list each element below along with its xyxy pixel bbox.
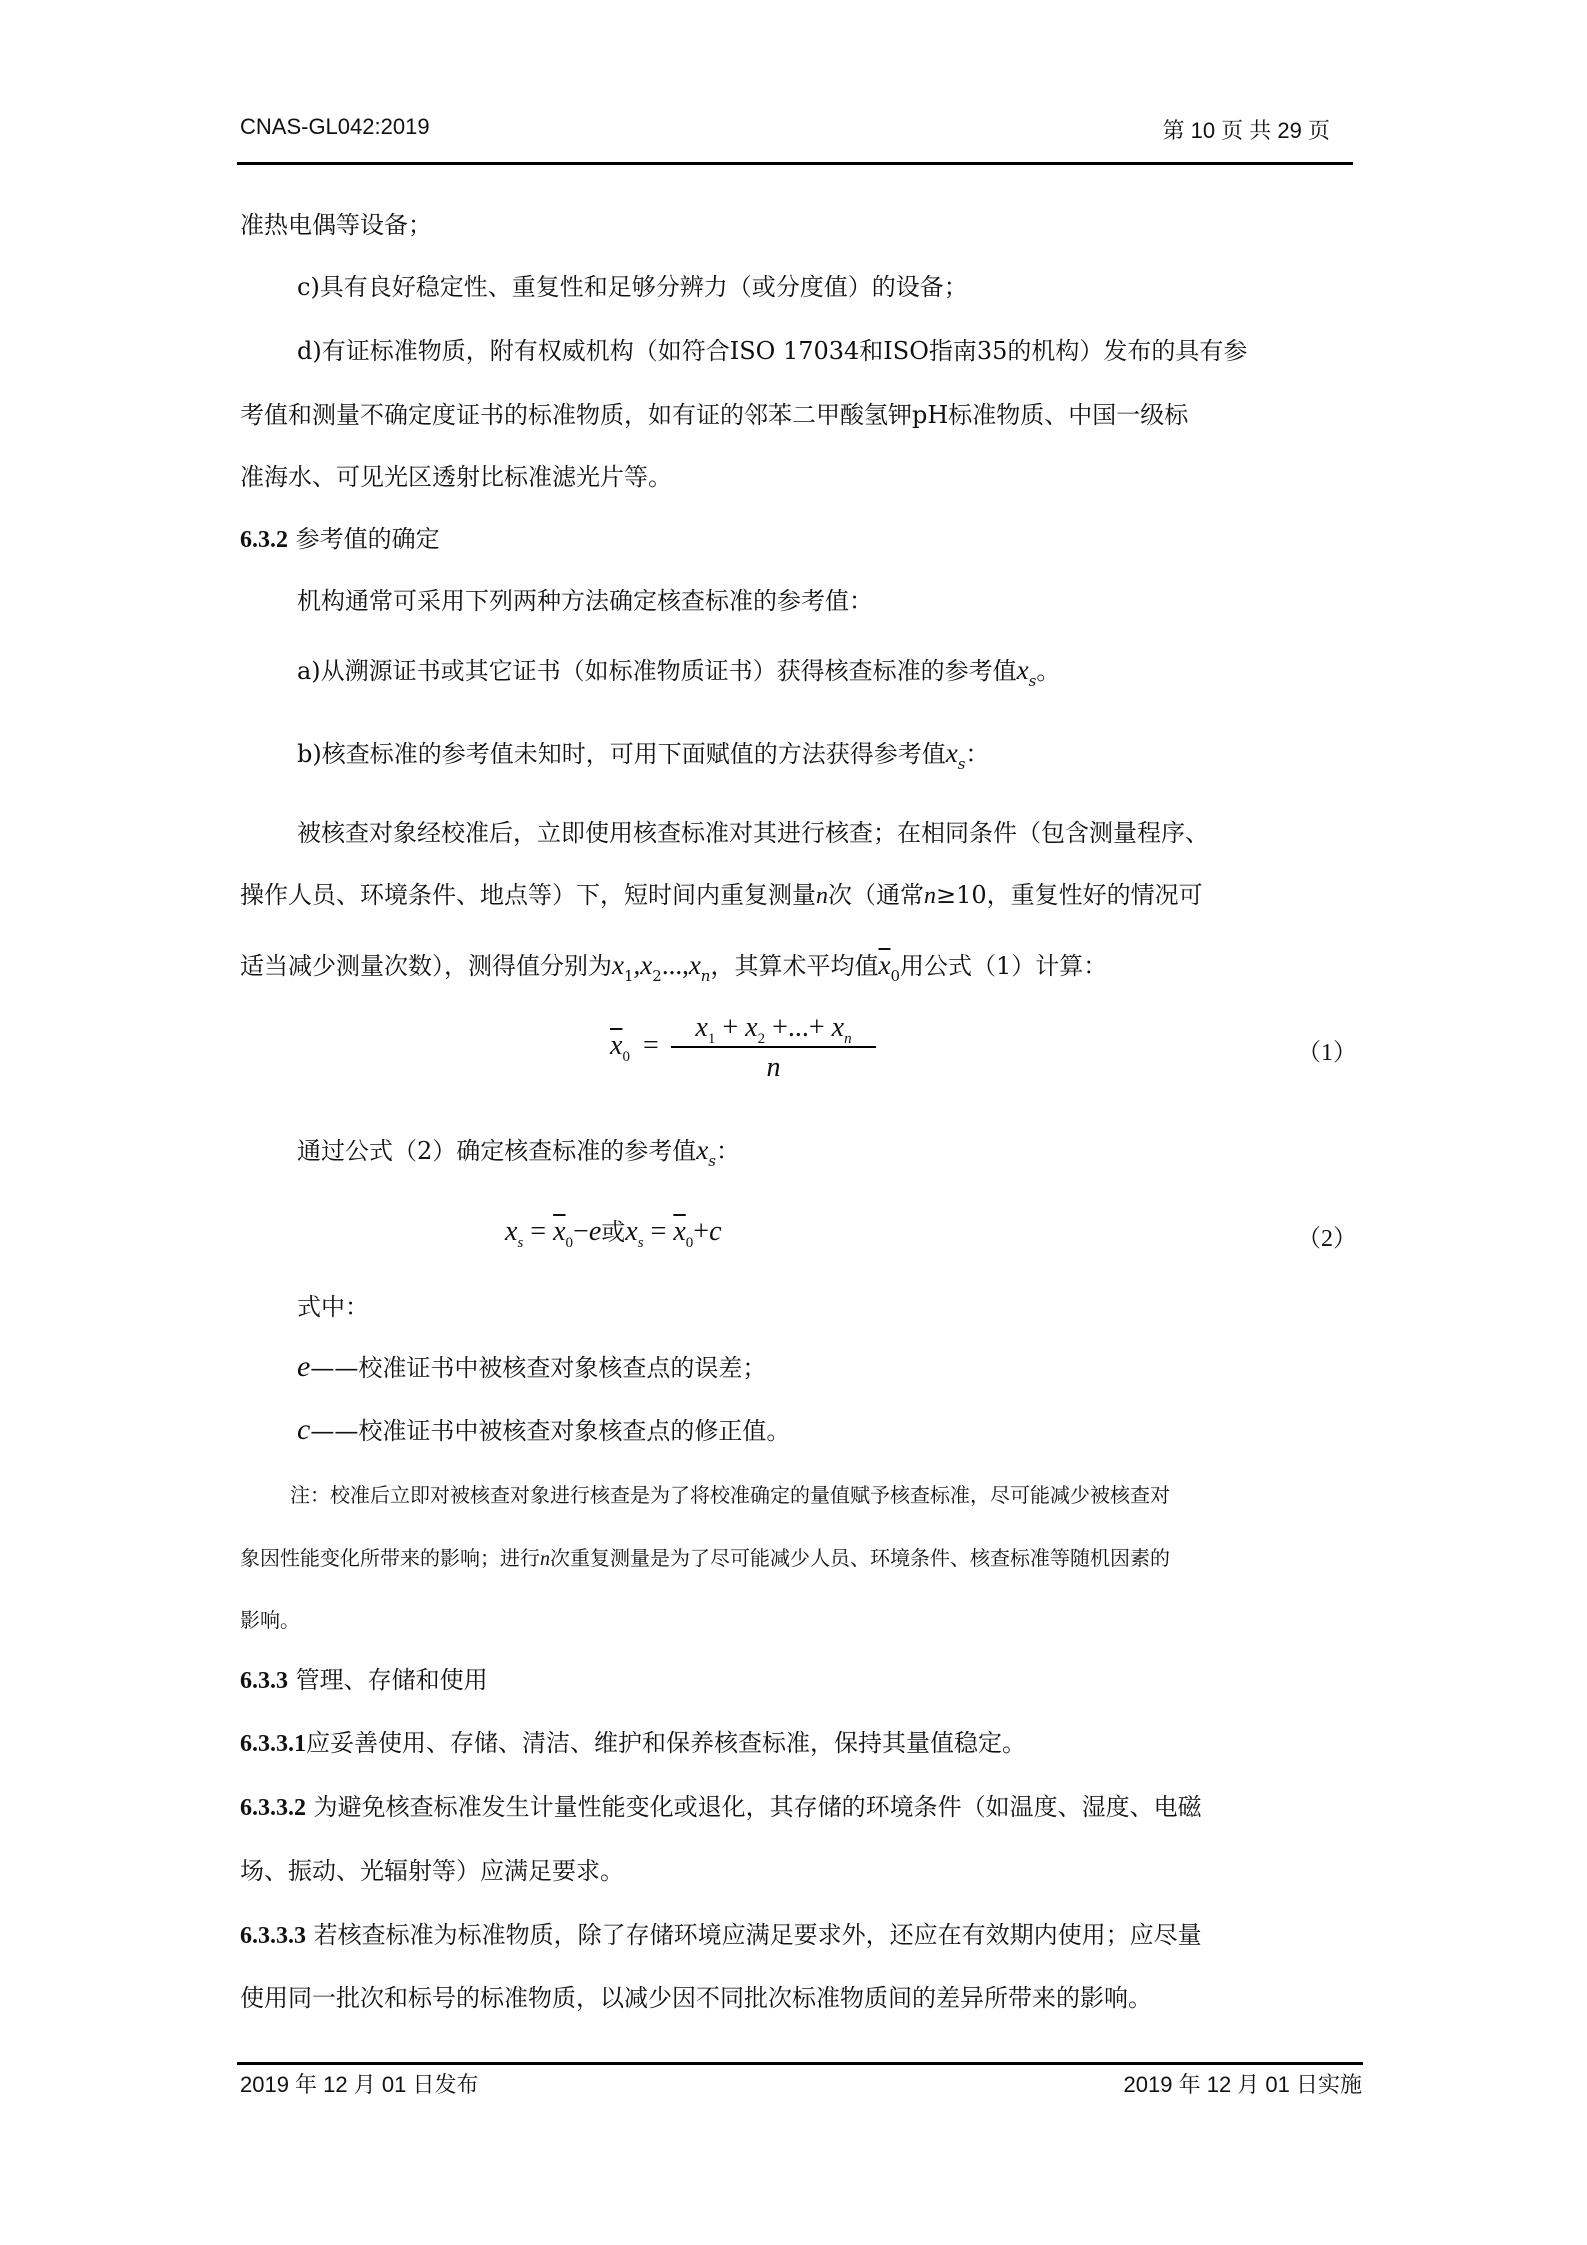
math-x: x bbox=[612, 950, 624, 980]
note-line3: 影响。 bbox=[240, 1605, 300, 1635]
clause-6-3-3-2-cont: 场、振动、光辐射等）应满足要求。 bbox=[240, 1856, 624, 1886]
definition-e: e——校准证书中被核查对象核查点的误差； bbox=[297, 1352, 766, 1383]
paragraph-2: 通过公式（2）确定核查标准的参考值xs： bbox=[297, 1135, 740, 1169]
math-c: c bbox=[297, 1413, 310, 1446]
punctuation: ： bbox=[965, 740, 989, 768]
clause-text: 应妥善使用、存储、清洁、维护和保养核查标准，保持其量值稳定。 bbox=[306, 1729, 1026, 1757]
definition-text: ——校准证书中被核查对象核查点的误差； bbox=[310, 1354, 766, 1382]
math-x: x bbox=[689, 950, 701, 980]
math-x: x bbox=[745, 1012, 757, 1043]
definition-text: ——校准证书中被核查对象核查点的修正值。 bbox=[310, 1417, 790, 1445]
math-e: e bbox=[297, 1350, 310, 1383]
section-title: 参考值的确定 bbox=[296, 525, 440, 553]
definition-c: c——校准证书中被核查对象核查点的修正值。 bbox=[297, 1415, 790, 1446]
math-c: c bbox=[709, 1216, 721, 1247]
where-label: 式中： bbox=[297, 1292, 369, 1322]
clause-6-3-3-3-cont: 使用同一批次和标号的标准物质，以减少因不同批次标准物质间的差异所带来的影响。 bbox=[240, 1983, 1152, 2013]
fraction-denominator: n bbox=[671, 1052, 876, 1084]
method-a: a)从溯源证书或其它证书（如标准物质证书）获得核查标准的参考值xs。 bbox=[297, 655, 1060, 689]
math-sub-s: s bbox=[708, 1152, 716, 1170]
formula-1-fraction: x1 + x2 +...+ xn n bbox=[671, 1012, 876, 1084]
math-x-bar: x bbox=[553, 1216, 565, 1247]
method-b-text: b)核查标准的参考值未知时，可用下面赋值的方法获得参考值 bbox=[297, 740, 946, 768]
clause-number: 6.3.3.2 bbox=[240, 1795, 306, 1821]
clause-text: 若核查标准为标准物质，除了存储环境应满足要求外，还应在有效期内使用；应尽量 bbox=[314, 1921, 1202, 1949]
math-x-bar: x bbox=[878, 950, 890, 980]
math-sub: 1 bbox=[708, 1031, 716, 1047]
section-title: 管理、存储和使用 bbox=[296, 1666, 488, 1694]
math-x-bar: x bbox=[673, 1216, 685, 1247]
math-n: n bbox=[540, 1548, 550, 1570]
section-heading-6-3-3: 6.3.3 管理、存储和使用 bbox=[240, 1665, 488, 1696]
intro-paragraph: 机构通常可采用下列两种方法确定核查标准的参考值： bbox=[297, 586, 873, 616]
note-line2: 象因性能变化所带来的影响；进行n次重复测量是为了尽可能减少人员、环境条件、核查标… bbox=[240, 1543, 1170, 1574]
math-n: n bbox=[816, 883, 828, 909]
math-e: e bbox=[589, 1216, 601, 1247]
paragraph-1-line3: 适当减少测量次数），测得值分别为x1,x2...,xn，其算术平均值x0用公式（… bbox=[240, 950, 1107, 984]
math-sub: 1 bbox=[624, 967, 634, 985]
publish-date: 2019 年 12 月 01 日发布 bbox=[240, 2068, 478, 2099]
fraction-numerator: x1 + x2 +...+ xn bbox=[671, 1012, 876, 1044]
effective-date: 2019 年 12 月 01 日实施 bbox=[1124, 2068, 1362, 2099]
text: 通过公式（2）确定核查标准的参考值 bbox=[297, 1137, 696, 1165]
paragraph-1-line1: 被核查对象经校准后，立即使用核查标准对其进行核查；在相同条件（包含测量程序、 bbox=[297, 818, 1209, 848]
math-x: x bbox=[505, 1216, 517, 1247]
list-item-d-line2: 考值和测量不确定度证书的标准物质，如有证的邻苯二甲酸氢钾pH标准物质、中国一级标 bbox=[240, 400, 1188, 430]
formula-1-lhs: x0 = bbox=[610, 1030, 659, 1062]
method-b: b)核查标准的参考值未知时，可用下面赋值的方法获得参考值xs： bbox=[297, 738, 989, 772]
text: 次重复测量是为了尽可能减少人员、环境条件、核查标准等随机因素的 bbox=[550, 1546, 1170, 1570]
math-sub-s: s bbox=[638, 1235, 644, 1251]
section-number: 6.3.3 bbox=[240, 1668, 288, 1694]
math-x: x bbox=[1017, 655, 1029, 685]
continued-line: 准热电偶等设备； bbox=[240, 210, 432, 240]
punctuation: ： bbox=[716, 1137, 740, 1165]
math-sub: 0 bbox=[566, 1235, 574, 1251]
page-header: CNAS-GL042:2019 第 10 页 共 29 页 bbox=[240, 114, 1362, 144]
text: 适当减少测量次数），测得值分别为 bbox=[240, 952, 612, 980]
math-x: x bbox=[696, 1135, 708, 1165]
section-number: 6.3.2 bbox=[240, 527, 288, 553]
footer-divider bbox=[237, 2062, 1363, 2065]
math-sub-s: s bbox=[958, 755, 966, 773]
math-sub-s: s bbox=[1029, 672, 1037, 690]
formula-2-number: （2） bbox=[1297, 1218, 1357, 1253]
note-line1: 注：校准后立即对被核查对象进行核查是为了将校准确定的量值赋予核查标准，尽可能减少… bbox=[290, 1480, 1170, 1510]
text: ≥10，重复性好的情况可 bbox=[936, 881, 1203, 909]
list-item-c: c)具有良好稳定性、重复性和足够分辨力（或分度值）的设备； bbox=[297, 272, 968, 302]
math-sub-s: s bbox=[517, 1235, 523, 1251]
text: 用公式（1）计算： bbox=[900, 952, 1107, 980]
punctuation: 。 bbox=[1036, 657, 1060, 685]
math-sub: 2 bbox=[758, 1031, 766, 1047]
method-a-text: a)从溯源证书或其它证书（如标准物质证书）获得核查标准的参考值 bbox=[297, 657, 1017, 685]
math-x: x bbox=[640, 950, 652, 980]
formula-1-number: （1） bbox=[1297, 1032, 1357, 1067]
text: 操作人员、环境条件、地点等）下，短时间内重复测量 bbox=[240, 881, 816, 909]
text: 象因性能变化所带来的影响；进行 bbox=[240, 1546, 540, 1570]
text: 次（通常 bbox=[828, 881, 924, 909]
clause-6-3-3-2: 6.3.3.2 为避免核查标准发生计量性能变化或退化，其存储的环境条件（如温度、… bbox=[240, 1792, 1202, 1823]
text-or: 或 bbox=[601, 1218, 625, 1246]
page-number: 第 10 页 共 29 页 bbox=[1162, 114, 1330, 145]
math-x-bar: x bbox=[610, 1030, 622, 1061]
clause-6-3-3-3: 6.3.3.3 若核查标准为标准物质，除了存储环境应满足要求外，还应在有效期内使… bbox=[240, 1920, 1202, 1951]
header-divider bbox=[237, 162, 1353, 165]
math-x: x bbox=[832, 1012, 844, 1043]
math-sub: n bbox=[844, 1031, 852, 1047]
math-x: x bbox=[946, 738, 958, 768]
math-n: n bbox=[924, 883, 936, 909]
paragraph-1-line2: 操作人员、环境条件、地点等）下，短时间内重复测量n次（通常n≥10，重复性好的情… bbox=[240, 880, 1203, 911]
math-sub: n bbox=[701, 967, 711, 985]
math-x: x bbox=[625, 1216, 637, 1247]
clause-6-3-3-1: 6.3.3.1应妥善使用、存储、清洁、维护和保养核查标准，保持其量值稳定。 bbox=[240, 1728, 1026, 1759]
text: ，其算术平均值 bbox=[710, 952, 878, 980]
math-sub: 0 bbox=[686, 1235, 694, 1251]
formula-2: xs = x0−e或xs = x0+c bbox=[505, 1212, 722, 1248]
clause-number: 6.3.3.3 bbox=[240, 1923, 306, 1949]
math-sub: 0 bbox=[890, 967, 900, 985]
math-sub: 0 bbox=[622, 1049, 630, 1065]
math-sub: 2 bbox=[652, 967, 662, 985]
document-code: CNAS-GL042:2019 bbox=[240, 114, 430, 140]
list-item-d-line1: d)有证标准物质，附有权威机构（如符合ISO 17034和ISO指南35的机构）… bbox=[297, 336, 1247, 366]
section-heading-6-3-2: 6.3.2 参考值的确定 bbox=[240, 524, 440, 555]
clause-number: 6.3.3.1 bbox=[240, 1731, 306, 1757]
math-x: x bbox=[695, 1012, 707, 1043]
list-item-d-line3: 准海水、可见光区透射比标准滤光片等。 bbox=[240, 462, 672, 492]
clause-text: 为避免核查标准发生计量性能变化或退化，其存储的环境条件（如温度、湿度、电磁 bbox=[314, 1793, 1202, 1821]
